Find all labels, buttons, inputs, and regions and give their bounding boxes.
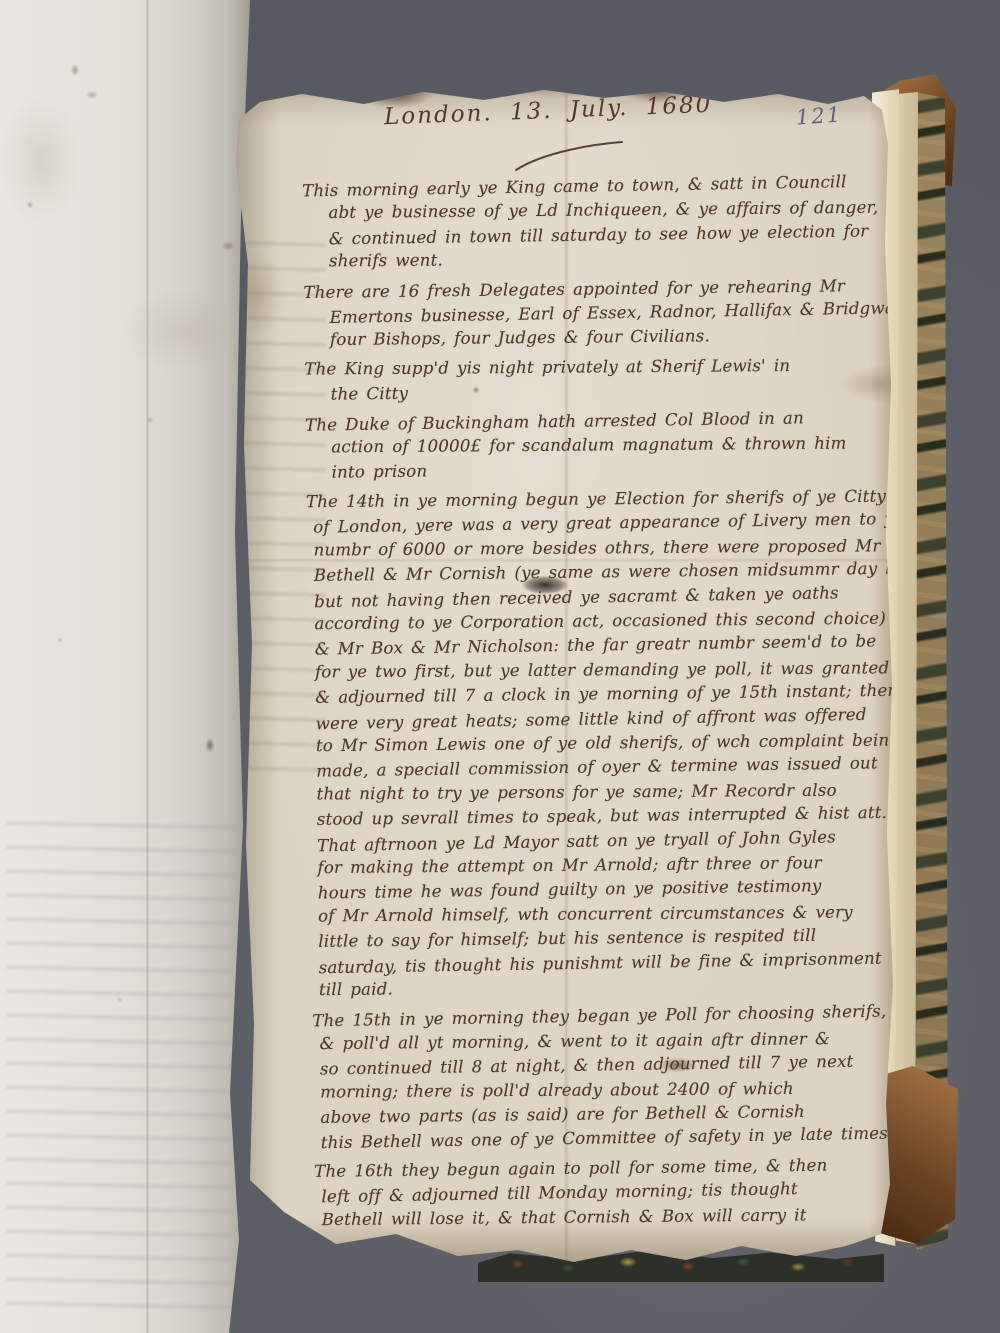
manuscript-text: This morning early ye King came to town,… [302, 171, 903, 1238]
dateline-heading: London. 13. July. 1680 [384, 92, 713, 131]
facing-page-bleedthrough [6, 820, 232, 1320]
paragraph: The 16th they begun again to poll for so… [314, 1153, 903, 1233]
facing-page [0, 0, 258, 1333]
manuscript-line: till paid. [312, 972, 900, 1002]
paragraph: The 14th in ye morning begun ye Election… [306, 484, 900, 1004]
paragraph: This morning early ye King came to town,… [302, 171, 891, 276]
heading-flourish [514, 140, 626, 172]
manuscript-line: sherifs went. [303, 245, 891, 274]
paragraph: There are 16 fresh Delegates appointed f… [303, 273, 892, 353]
manuscript-line: Bethell will lose it, & that Cornish & B… [315, 1202, 903, 1232]
manuscript-page: London. 13. July. 1680 121 This morning … [236, 84, 896, 1266]
paragraph: The 15th in ye morning they began ye Pol… [312, 1001, 902, 1155]
manuscript-line: four Bishops, four Judges & four Civilia… [304, 323, 892, 353]
photo-backdrop: London. 13. July. 1680 121 This morning … [0, 0, 1000, 1333]
paragraph: The King supp'd yis night privately at S… [304, 352, 893, 408]
paragraph: The Duke of Buckingham hath arrested Col… [305, 405, 894, 485]
folio-number: 121 [795, 102, 843, 129]
